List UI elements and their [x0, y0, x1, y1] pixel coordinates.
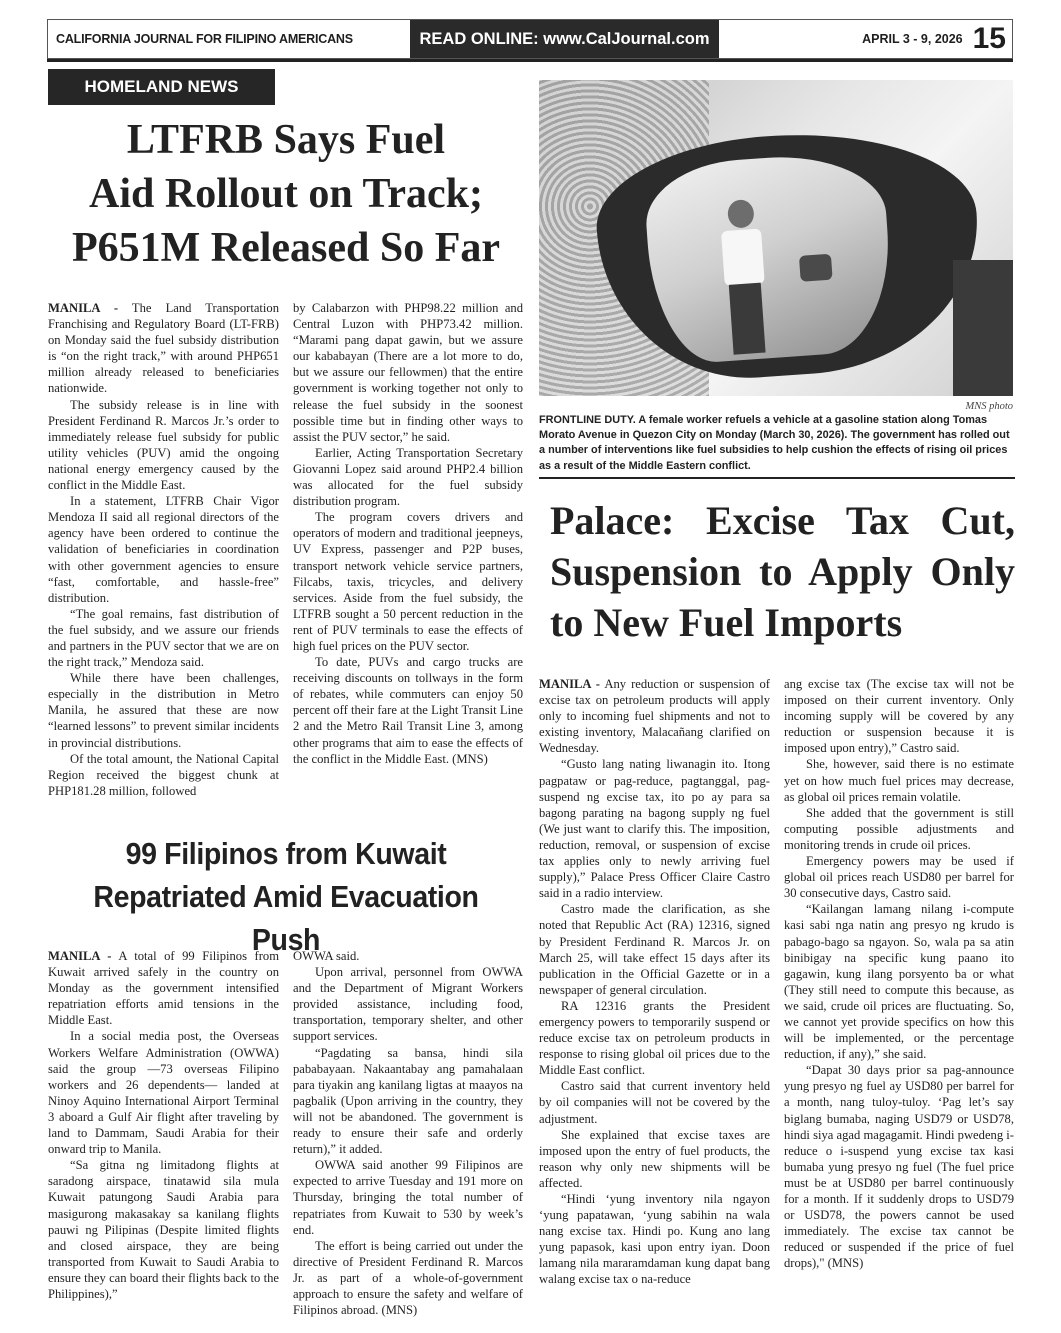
palace-headline: Palace: Excise Tax Cut, Suspension to Ap… [550, 495, 1015, 648]
dateline: MANILA - [539, 677, 600, 691]
kuwait-article-column-2: OWWA said. Upon arrival, personnel from … [293, 948, 523, 1318]
dateline: MANILA - [48, 949, 111, 963]
article-paragraph: OWWA said another 99 Filipinos are expec… [293, 1157, 523, 1237]
kuwait-headline: 99 Filipinos from Kuwait Repatriated Ami… [60, 832, 513, 961]
article-paragraph: She added that the government is still c… [784, 805, 1014, 853]
article-paragraph: “Kailangan lamang nilang i-compute kasi … [784, 901, 1014, 1062]
article-paragraph: Emergency powers may be used if global o… [784, 853, 1014, 901]
ltfrb-article-column-2: by Calabarzon with PHP98.22 million and … [293, 300, 523, 767]
news-photo [539, 80, 1013, 396]
ltfrb-article-column-1: MANILA - The Land Transportation Franchi… [48, 300, 279, 799]
article-paragraph: She explained that excise taxes are impo… [539, 1127, 770, 1191]
article-paragraph: “Hindi ‘yung inventory nila ngayon ‘yung… [539, 1191, 770, 1288]
photo-credit: MNS photo [539, 401, 1013, 412]
page-number: 15 [973, 24, 1006, 54]
issue-info: APRIL 3 - 9, 2026 15 [719, 24, 1012, 54]
article-paragraph: by Calabarzon with PHP98.22 million and … [293, 300, 523, 445]
headline-line: LTFRB Says Fuel [40, 113, 532, 167]
article-paragraph: “Gusto lang nating liwanagin ito. Itong … [539, 756, 770, 901]
headline-line: Aid Rollout on Track; [40, 167, 532, 221]
palace-article-column-1: MANILA - Any reduction or suspension of … [539, 676, 770, 1288]
article-paragraph: The effort is being carried out under th… [293, 1238, 523, 1318]
issue-date: APRIL 3 - 9, 2026 [862, 32, 963, 46]
article-paragraph: “The goal remains, fast distribution of … [48, 606, 279, 670]
headline-line: 99 Filipinos from Kuwait [60, 832, 513, 875]
car-door [953, 260, 1013, 396]
article-paragraph: In a statement, LTFRB Chair Vigor Mendoz… [48, 493, 279, 606]
article-paragraph: The subsidy release is in line with Pres… [48, 397, 279, 494]
gas-station-worker [717, 198, 771, 351]
side-mirror-reflection [642, 150, 895, 366]
kuwait-article-column-1: MANILA - A total of 99 Filipinos from Ku… [48, 948, 279, 1302]
article-paragraph: MANILA - A total of 99 Filipinos from Ku… [48, 948, 279, 1028]
article-paragraph: Upon arrival, personnel from OWWA and th… [293, 964, 523, 1044]
article-paragraph: ang excise tax (The excise tax will not … [784, 676, 1014, 756]
photo-caption: FRONTLINE DUTY. A female worker refuels … [539, 413, 1015, 479]
masthead-divider [47, 59, 1013, 62]
read-online-link[interactable]: READ ONLINE: www.CalJournal.com [410, 20, 719, 58]
article-paragraph: “Pagdating sa bansa, hindi sila pababaya… [293, 1045, 523, 1158]
section-label: HOMELAND NEWS [48, 69, 275, 105]
article-paragraph: Castro made the clarification, as she no… [539, 901, 770, 998]
palace-article-column-2: ang excise tax (The excise tax will not … [784, 676, 1014, 1271]
article-paragraph: In a social media post, the Overseas Wor… [48, 1028, 279, 1157]
article-paragraph: While there have been challenges, especi… [48, 670, 279, 750]
article-paragraph: RA 12316 grants the President emergency … [539, 998, 770, 1078]
article-paragraph: Of the total amount, the National Capita… [48, 751, 279, 799]
article-paragraph: MANILA - Any reduction or suspension of … [539, 676, 770, 756]
headline-line: P651M Released So Far [40, 221, 532, 275]
fuel-nozzle [799, 254, 833, 282]
article-paragraph: Earlier, Acting Transportation Secretary… [293, 445, 523, 509]
article-paragraph: To date, PUVs and cargo trucks are recei… [293, 654, 523, 767]
dateline: MANILA - [48, 301, 118, 315]
masthead: CALIFORNIA JOURNAL FOR FILIPINO AMERICAN… [47, 19, 1013, 59]
article-paragraph: Castro said that current inventory held … [539, 1078, 770, 1126]
article-paragraph: She, however, said there is no estimate … [784, 756, 1014, 804]
publication-name: CALIFORNIA JOURNAL FOR FILIPINO AMERICAN… [48, 32, 410, 46]
article-paragraph: “Sa gitna ng limitadong flights at sarad… [48, 1157, 279, 1302]
article-paragraph: “Dapat 30 days prior sa pag-announce yun… [784, 1062, 1014, 1271]
article-paragraph: MANILA - The Land Transportation Franchi… [48, 300, 279, 397]
article-paragraph: The program covers drivers and operators… [293, 509, 523, 654]
ltfrb-headline: LTFRB Says Fuel Aid Rollout on Track; P6… [40, 113, 532, 275]
article-paragraph: OWWA said. [293, 948, 523, 964]
